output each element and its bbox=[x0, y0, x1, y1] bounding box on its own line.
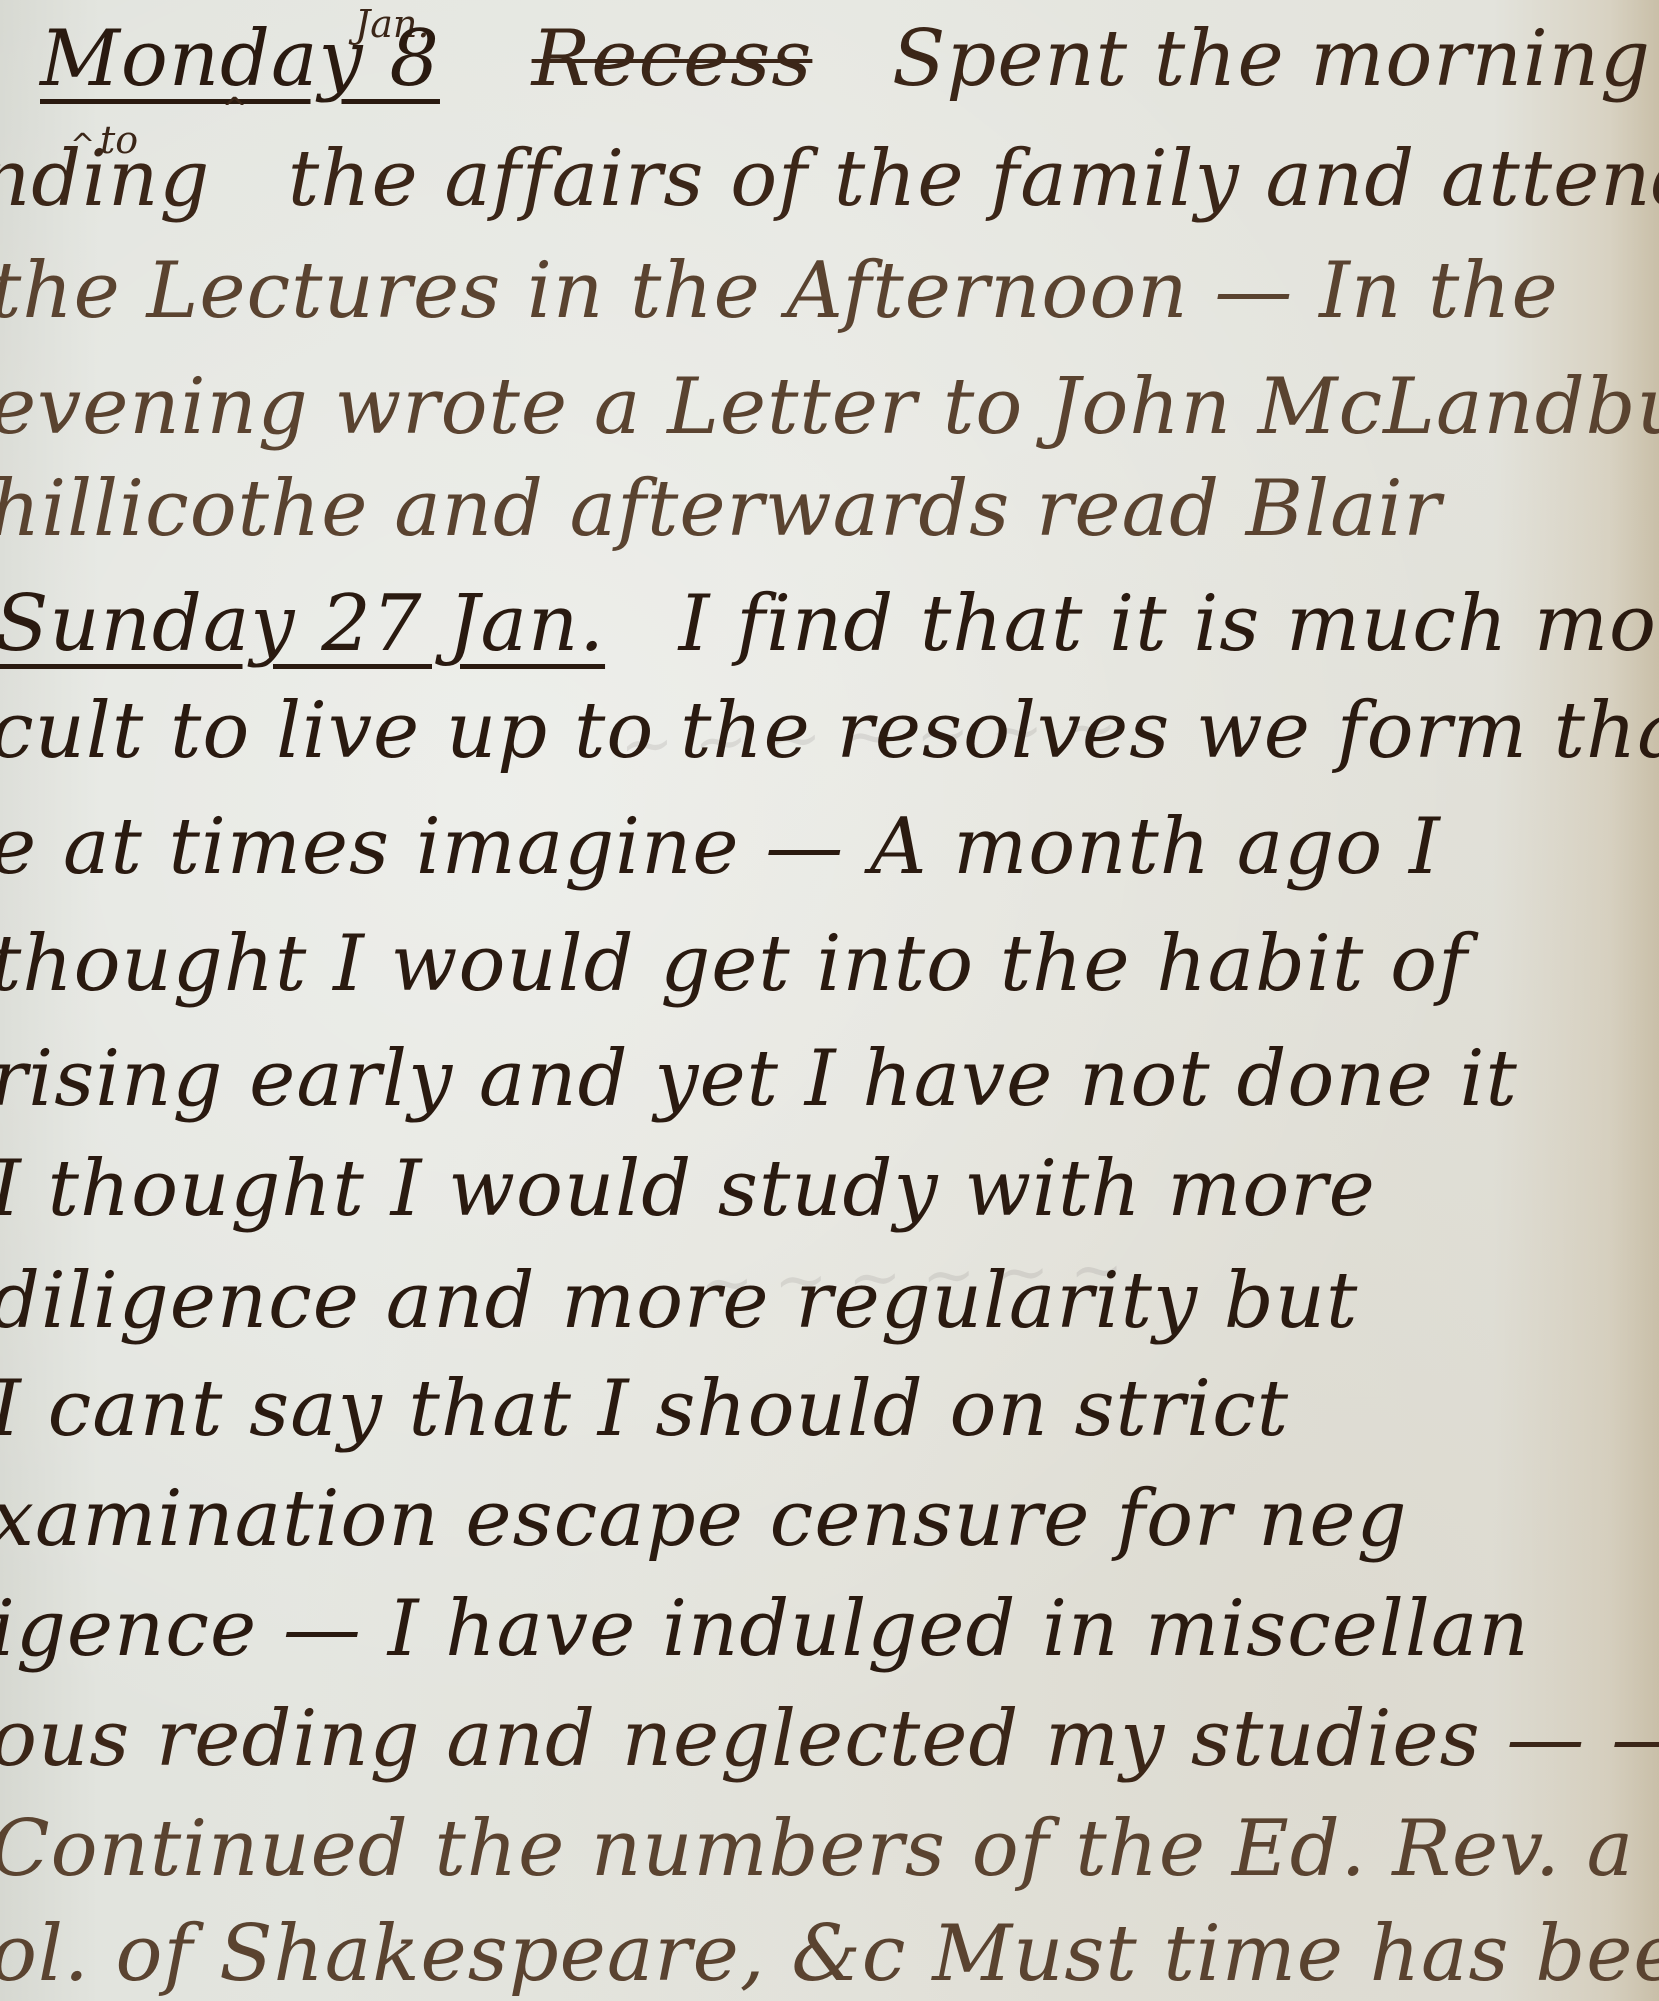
insertion-caret: ^ bbox=[70, 128, 95, 163]
diary-line-15: igence — I have indulged in miscellan bbox=[0, 1590, 1649, 1668]
diary-line-6: Sunday 27 Jan. I find that it is much mo… bbox=[0, 585, 1654, 663]
line-text: Continued the numbers of the Ed. Rev. a bbox=[0, 1810, 1634, 1888]
diary-line-1: Monday 8 Recess Spent the morning in att… bbox=[40, 20, 1659, 98]
diary-line-4: evening wrote a Letter to John McLandbur… bbox=[0, 368, 1649, 446]
line-text: nding bbox=[0, 140, 210, 218]
diary-line-10: rising early and yet I have not done it bbox=[0, 1040, 1649, 1118]
line-text: I cant say that I should on strict bbox=[0, 1370, 1289, 1448]
insertion-caret: ^ bbox=[222, 92, 247, 127]
line-text: I thought I would study with more bbox=[0, 1150, 1376, 1228]
diary-line-9: thought I would get into the habit of bbox=[0, 925, 1649, 1003]
line-text: rising early and yet I have not done it bbox=[0, 1040, 1518, 1118]
line-text: e at times imagine — A month ago I bbox=[0, 808, 1441, 886]
line-text: igence — I have indulged in miscellan bbox=[0, 1590, 1530, 1668]
diary-line-2: nding the affairs of the family and atte… bbox=[0, 140, 1639, 218]
diary-line-12: diligence and more regularity but bbox=[0, 1262, 1649, 1340]
manuscript-page: ~ ~ ~ ~ ~ ~ ~ ~ ~ ~ ~ ~ ~ Jan. Monday 8 … bbox=[0, 0, 1659, 2001]
line-text: ous reding and neglected my studies — — bbox=[0, 1700, 1659, 1778]
line-text: Spent the morning in atte bbox=[892, 20, 1659, 98]
diary-line-5: hillicothe and afterwards read Blair bbox=[0, 470, 1649, 548]
line-text: cult to live up to the resolves we form … bbox=[0, 692, 1659, 770]
line-text: I find that it is much more diffi bbox=[679, 585, 1659, 663]
diary-line-3: the Lectures in the Afternoon — In the bbox=[0, 252, 1649, 330]
line-text: xamination escape censure for neg bbox=[0, 1480, 1408, 1558]
diary-line-11: I thought I would study with more bbox=[0, 1150, 1649, 1228]
line-text: hillicothe and afterwards read Blair bbox=[0, 470, 1442, 548]
diary-line-8: e at times imagine — A month ago I bbox=[0, 808, 1649, 886]
diary-line-14: xamination escape censure for neg bbox=[0, 1480, 1649, 1558]
struck-word: Recess bbox=[532, 20, 813, 98]
entry-date-heading: Monday 8 bbox=[40, 20, 440, 98]
line-text: evening wrote a Letter to John McLandbur… bbox=[0, 368, 1659, 446]
diary-line-7: cult to live up to the resolves we form … bbox=[0, 692, 1649, 770]
line-text: the Lectures in the Afternoon — In the bbox=[0, 252, 1559, 330]
line-text: the affairs of the family and attended bbox=[288, 140, 1659, 218]
line-text: ol. of Shakespeare, &c Must time has bee… bbox=[0, 1915, 1659, 1993]
line-text: thought I would get into the habit of bbox=[0, 925, 1468, 1003]
diary-line-18: ol. of Shakespeare, &c Must time has bee… bbox=[0, 1915, 1649, 1993]
line-text: diligence and more regularity but bbox=[0, 1262, 1358, 1340]
diary-line-16: ous reding and neglected my studies — — bbox=[0, 1700, 1649, 1778]
entry-date-heading: Sunday 27 Jan. bbox=[0, 585, 605, 663]
diary-line-17: Continued the numbers of the Ed. Rev. a bbox=[0, 1810, 1649, 1888]
diary-line-13: I cant say that I should on strict bbox=[0, 1370, 1649, 1448]
